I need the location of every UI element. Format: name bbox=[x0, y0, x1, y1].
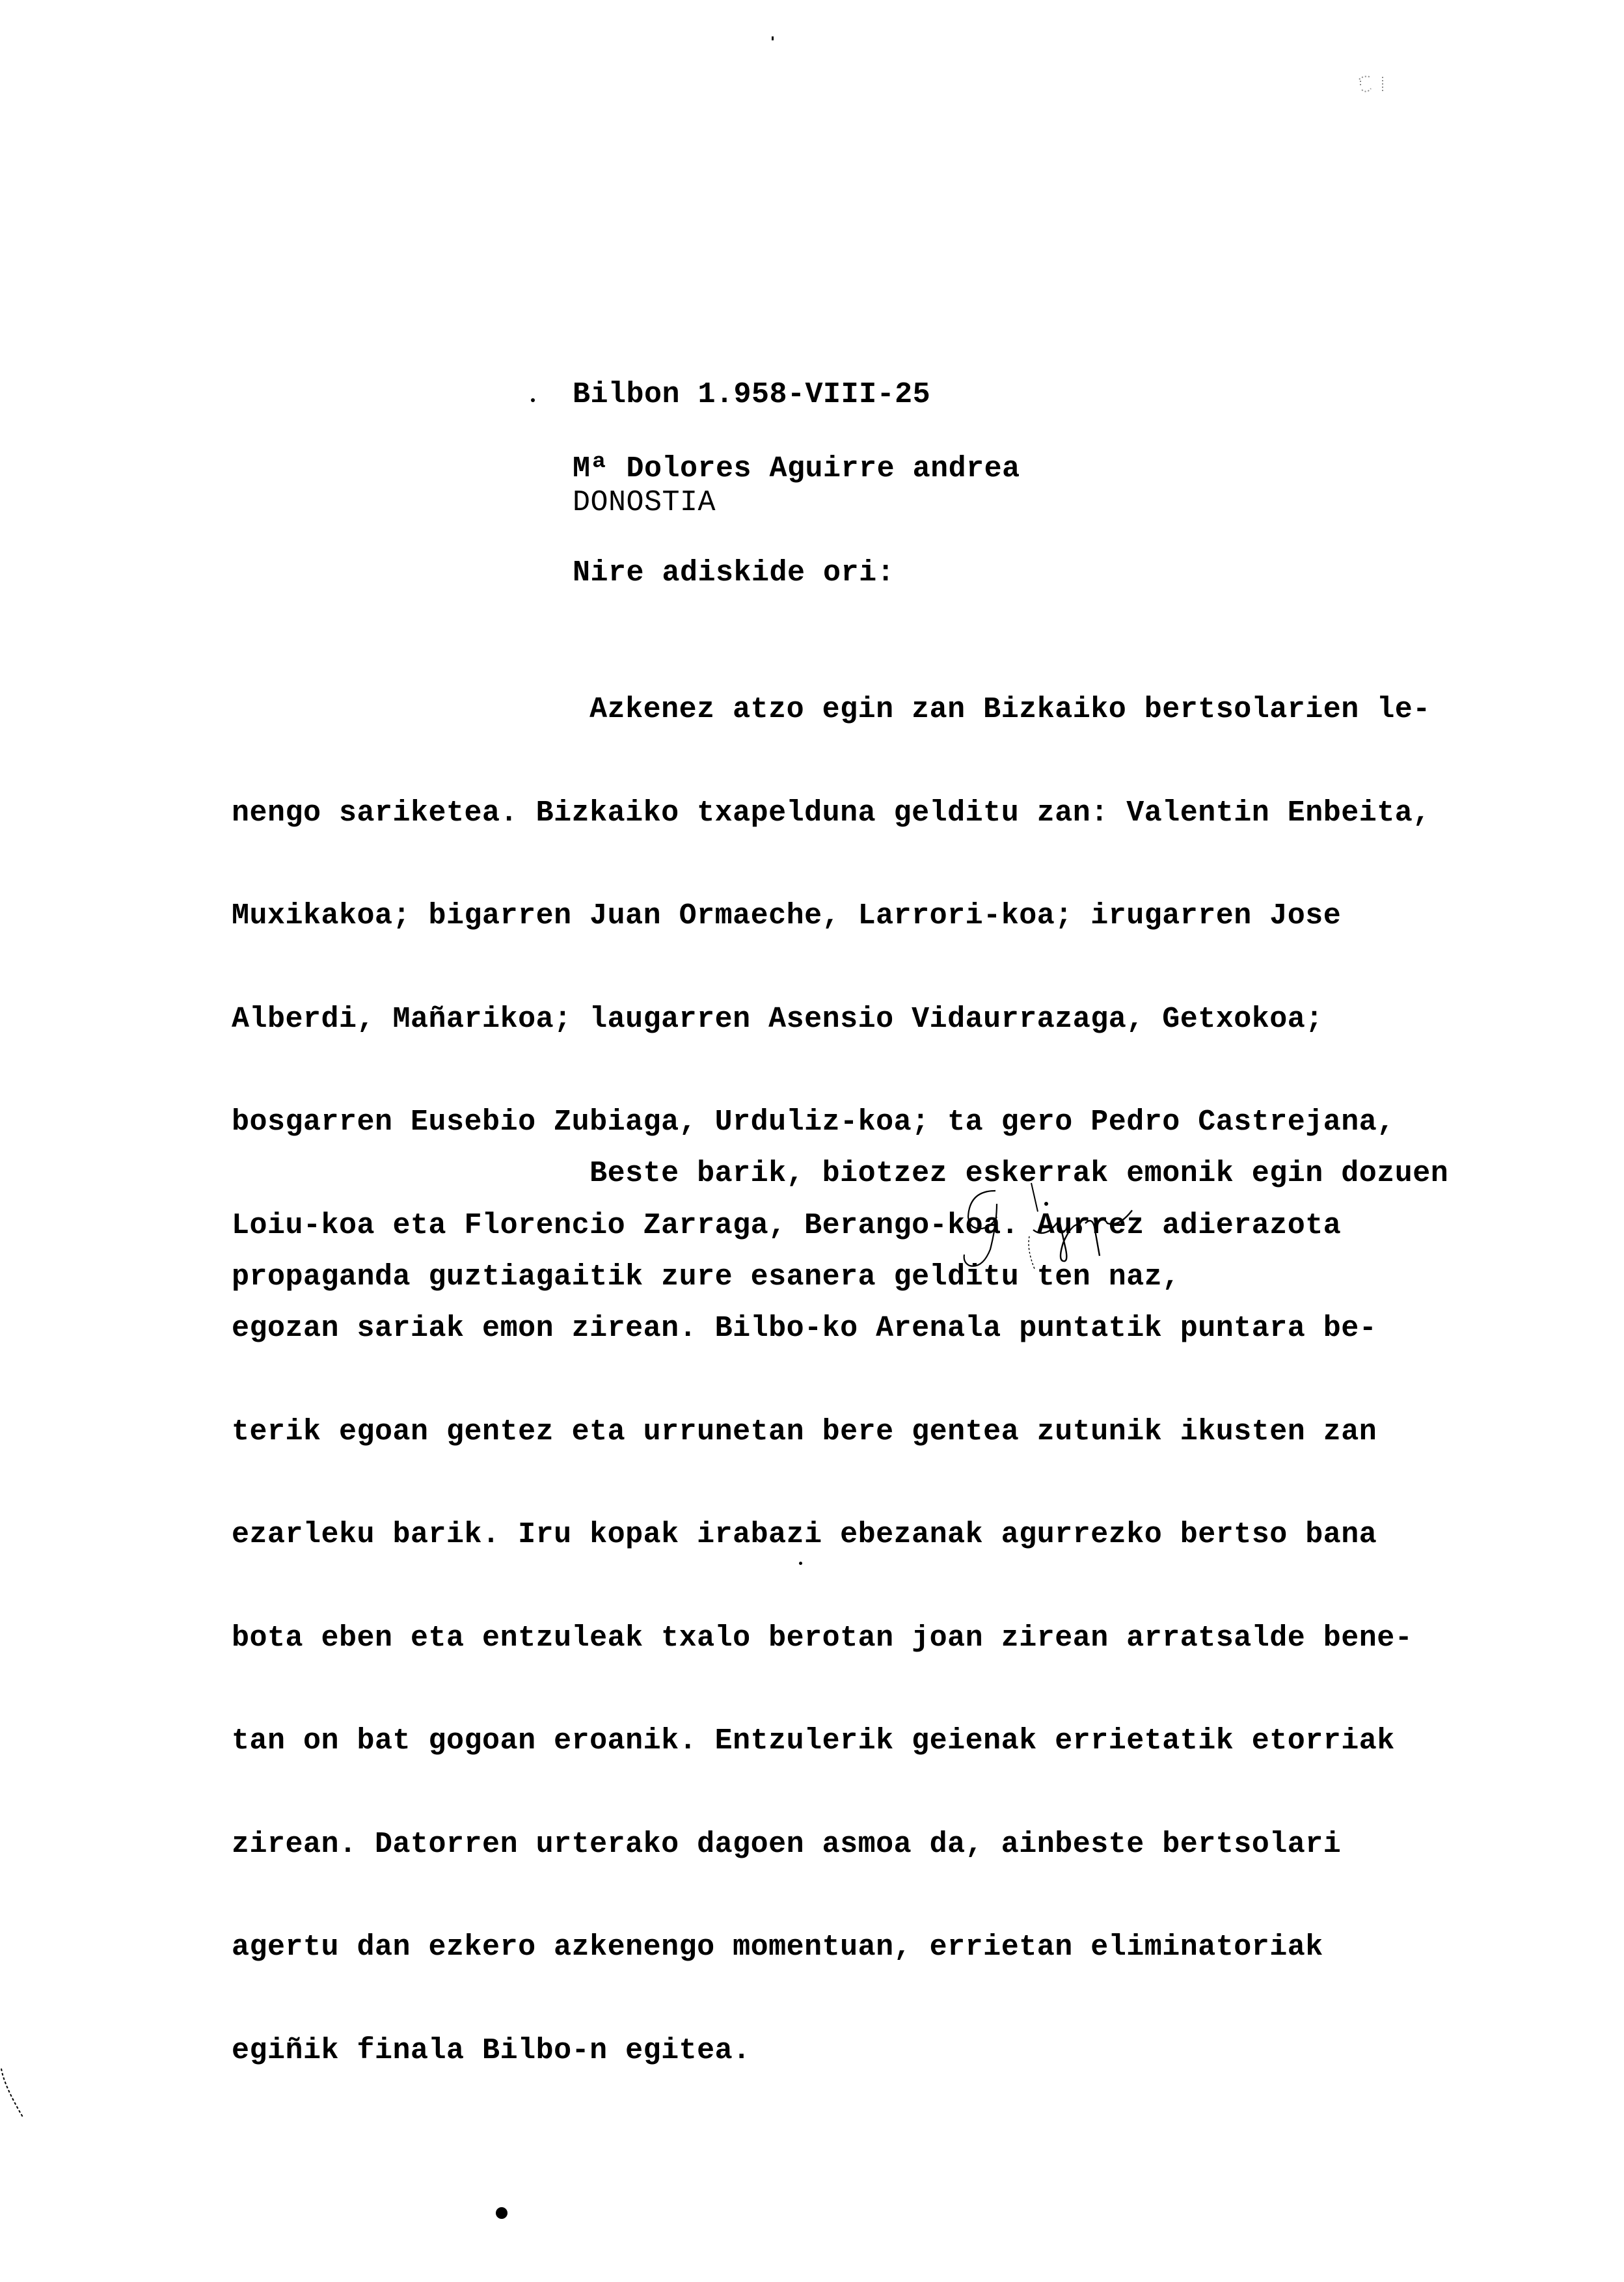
place-date: Bilbon 1.958-VIII-25 bbox=[573, 376, 930, 413]
paper-speck bbox=[772, 36, 774, 40]
body-line: terik egoan gentez eta urrunetan bere ge… bbox=[232, 1418, 1431, 1447]
bullet-mark bbox=[531, 398, 535, 402]
body-line: ezarleku barik. Iru kopak irabazi ebezan… bbox=[232, 1521, 1431, 1550]
punch-hole-mark bbox=[496, 2207, 507, 2219]
letter-page: Bilbon 1.958-VIII-25 Mª Dolores Aguirre … bbox=[0, 0, 1624, 2282]
recipient-name: Mª Dolores Aguirre andrea bbox=[573, 450, 1020, 487]
handwritten-signature bbox=[956, 1165, 1178, 1295]
body-line: tan on bat gogoan eroanik. Entzulerik ge… bbox=[232, 1727, 1431, 1756]
closing-line: propaganda guztiagaitik zure esanera gel… bbox=[232, 1263, 1448, 1292]
letter-closing: Beste barik, biotzez eskerrak emonik egi… bbox=[232, 1085, 1448, 1366]
body-line: Azkenez atzo egin zan Bizkaiko bertsolar… bbox=[232, 696, 1431, 725]
body-line: nengo sariketea. Bizkaiko txapelduna gel… bbox=[232, 799, 1431, 828]
closing-line: Beste barik, biotzez eskerrak emonik egi… bbox=[232, 1160, 1448, 1189]
body-line: bota eben eta entzuleak txalo berotan jo… bbox=[232, 1624, 1431, 1653]
body-line: Alberdi, Mañarikoa; laugarren Asensio Vi… bbox=[232, 1005, 1431, 1035]
body-line: zirean. Datorren urterako dagoen asmoa d… bbox=[232, 1830, 1431, 1860]
letter-body: Azkenez atzo egin zan Bizkaiko bertsolar… bbox=[232, 621, 1431, 2139]
edge-mark bbox=[0, 2066, 26, 2125]
body-line: agertu dan ezkero azkenengo momentuan, e… bbox=[232, 1933, 1431, 1963]
faded-page-number-mark bbox=[1357, 72, 1396, 98]
body-line: Muxikakoa; bigarren Juan Ormaeche, Larro… bbox=[232, 902, 1431, 931]
recipient-city: DONOSTIA bbox=[573, 484, 716, 521]
paper-speck bbox=[799, 1562, 802, 1565]
body-line: egiñik finala Bilbo-n egitea. bbox=[232, 2037, 1431, 2066]
salutation: Nire adiskide ori: bbox=[573, 554, 895, 591]
